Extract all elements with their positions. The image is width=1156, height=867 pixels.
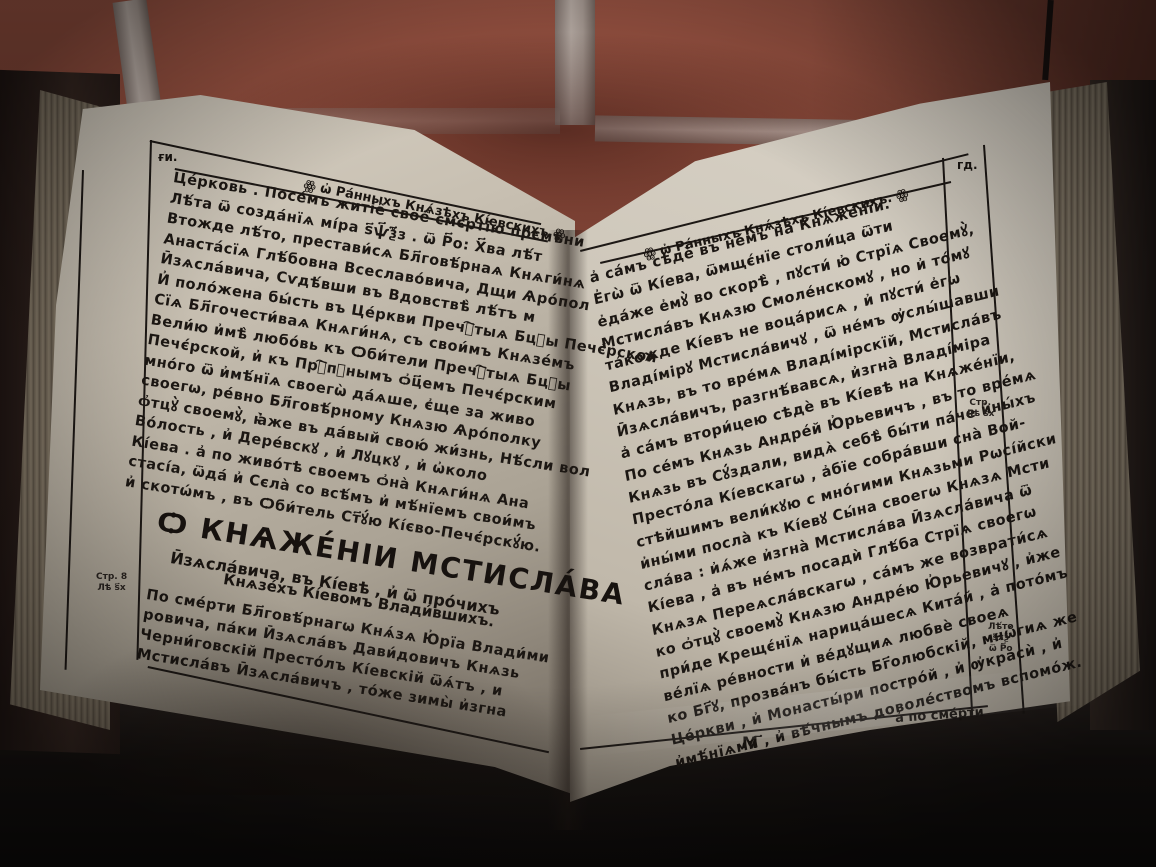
photo-scene: ғи. ꙮ ѡ҆ Ра́нныхъ Кнѧ́зѣхъ Кі́евскихъ ꙮ … <box>0 0 1156 867</box>
left-marginal-note: Стр. 8 Лѣ ѕ҃х <box>96 572 127 594</box>
left-folio-number: ғи. <box>158 150 177 164</box>
right-marginal-note: Лѣ́то ѕ҃хѯ ѿ Р҃о <box>988 622 1014 655</box>
right-folio-number: гд. <box>957 158 978 172</box>
right-marginal-note: Стр. Лѣ ѕ҃х <box>966 398 994 420</box>
